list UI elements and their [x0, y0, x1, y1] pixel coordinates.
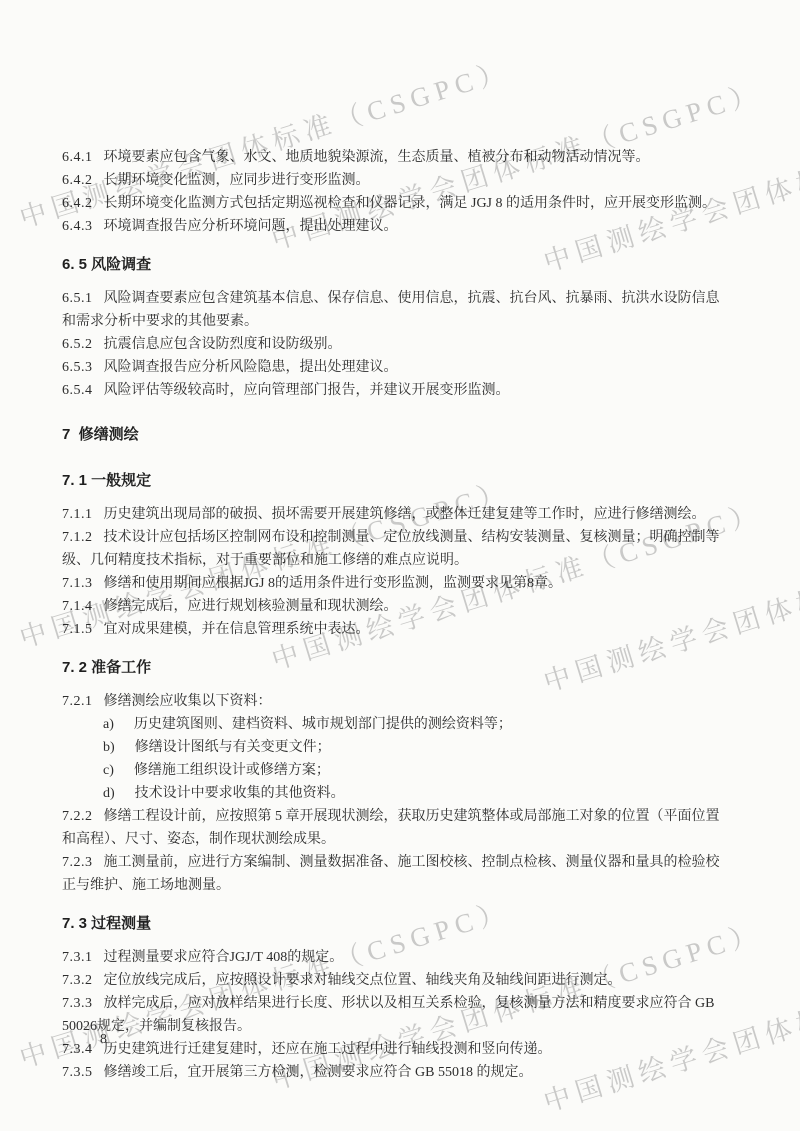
clause-number: 7.3.4 — [62, 1042, 93, 1057]
list-item-a: a)历史建筑图则、建档资料、城市规划部门提供的测绘资料等； — [62, 713, 722, 736]
list-item-c: c)修缮施工组织设计或修缮方案； — [62, 759, 722, 782]
clause-number: 7.3.2 — [62, 973, 93, 988]
clause-text: 修缮施工组织设计或修缮方案； — [134, 763, 330, 778]
clause-number: 6.5.1 — [62, 291, 93, 306]
clause-text: 环境要素应包含气象、水文、地质地貌染源流，生态质量、植被分布和动物活动情况等。 — [104, 150, 650, 165]
document-page: 中国测绘学会团体标准（CSGPC）中国测绘学会团体标准（CSGPC）中国测绘学会… — [0, 0, 800, 1131]
clause-text: 修缮测绘应收集以下资料： — [104, 694, 272, 709]
clause-number: 6.4.3 — [62, 219, 93, 234]
clause-7.1.1: 7.1.1历史建筑出现局部的破损、损坏需要开展建筑修缮，或整体迁建复建等工作时，… — [62, 503, 722, 526]
clause-number: 6.5.4 — [62, 383, 93, 398]
clause-number: 7.2.2 — [62, 809, 93, 824]
clause-7.3.3: 7.3.3放样完成后，应对放样结果进行长度、形状以及相互关系检验，复核测量方法和… — [62, 992, 722, 1038]
clause-7.1.2: 7.1.2技术设计应包括场区控制网布设和控制测量、定位放线测量、结构安装测量、复… — [62, 526, 722, 572]
clause-number: 7.3.1 — [62, 950, 93, 965]
clause-text: 修缮和使用期间应根据JGJ 8的适用条件进行变形监测，监测要求见第8章。 — [104, 576, 563, 591]
clause-number: a) — [103, 717, 114, 732]
document-body: 6.4.1环境要素应包含气象、水文、地质地貌染源流，生态质量、植被分布和动物活动… — [62, 146, 722, 1084]
page-number: 8 — [100, 1032, 107, 1047]
clause-text: 环境调查报告应分析环境问题，提出处理建议。 — [104, 219, 398, 234]
page-footer: 8 — [100, 1032, 107, 1048]
clause-number: 7.1.3 — [62, 576, 93, 591]
clause-6.4.1: 6.4.1环境要素应包含气象、水文、地质地貌染源流，生态质量、植被分布和动物活动… — [62, 146, 722, 169]
clause-number: 7.1.2 — [62, 530, 93, 545]
clause-text: 修缮完成后，应进行规划核验测量和现状测绘。 — [104, 599, 398, 614]
clause-number: 6.5.2 — [62, 337, 93, 352]
section-heading: 7. 2 准备工作 — [62, 656, 722, 679]
clause-text: 长期环境变化监测方式包括定期巡视检查和仪器记录，满足 JGJ 8 的适用条件时，… — [104, 196, 717, 211]
clause-number: d) — [103, 786, 115, 801]
clause-text: 技术设计中要求收集的其他资料。 — [135, 786, 345, 801]
clause-7.3.5: 7.3.5修缮竣工后，宜开展第三方检测，检测要求应符合 GB 55018 的规定… — [62, 1061, 722, 1084]
clause-text: 修缮工程设计前，应按照第 5 章开展现状测绘，获取历史建筑整体或局部施工对象的位… — [62, 809, 720, 847]
clause-7.2.1: 7.2.1修缮测绘应收集以下资料： — [62, 690, 722, 713]
chapter-heading: 7 修缮测绘 — [62, 423, 722, 446]
clause-number: 7.3.5 — [62, 1065, 93, 1080]
clause-text: 技术设计应包括场区控制网布设和控制测量、定位放线测量、结构安装测量、复核测量；明… — [62, 530, 720, 568]
clause-7.2.3: 7.2.3施工测量前，应进行方案编制、测量数据准备、施工图校核、控制点检核、测量… — [62, 851, 722, 897]
clause-text: 修缮设计图纸与有关变更文件； — [135, 740, 331, 755]
clause-7.2.2: 7.2.2修缮工程设计前，应按照第 5 章开展现状测绘，获取历史建筑整体或局部施… — [62, 805, 722, 851]
clause-number: 7.1.1 — [62, 507, 93, 522]
clause-text: 历史建筑出现局部的破损、损坏需要开展建筑修缮，或整体迁建复建等工作时，应进行修缮… — [104, 507, 706, 522]
clause-text: 放样完成后，应对放样结果进行长度、形状以及相互关系检验，复核测量方法和精度要求应… — [62, 996, 714, 1034]
clause-text: 宜对成果建模，并在信息管理系统中表达。 — [104, 622, 370, 637]
clause-number: 6.4.2 — [62, 173, 93, 188]
clause-number: b) — [103, 740, 115, 755]
clause-text: 抗震信息应包含设防烈度和设防级别。 — [104, 337, 342, 352]
list-item-d: d)技术设计中要求收集的其他资料。 — [62, 782, 722, 805]
section-heading: 7. 1 一般规定 — [62, 469, 722, 492]
clause-7.1.5: 7.1.5宜对成果建模，并在信息管理系统中表达。 — [62, 618, 722, 641]
clause-number: 6.4.2 — [62, 196, 93, 211]
clause-text: 历史建筑图则、建档资料、城市规划部门提供的测绘资料等； — [134, 717, 512, 732]
clause-text: 定位放线完成后，应按照设计要求对轴线交点位置、轴线夹角及轴线间距进行测定。 — [104, 973, 622, 988]
clause-6.5.1: 6.5.1风险调查要素应包含建筑基本信息、保存信息、使用信息，抗震、抗台风、抗暴… — [62, 287, 722, 333]
clause-text: 风险调查报告应分析风险隐患，提出处理建议。 — [104, 360, 398, 375]
clause-number: 6.4.1 — [62, 150, 93, 165]
clause-6.5.4: 6.5.4风险评估等级较高时，应向管理部门报告，并建议开展变形监测。 — [62, 379, 722, 402]
clause-text: 过程测量要求应符合JGJ/T 408的规定。 — [104, 950, 344, 965]
clause-7.3.1: 7.3.1过程测量要求应符合JGJ/T 408的规定。 — [62, 946, 722, 969]
clause-7.1.4: 7.1.4修缮完成后，应进行规划核验测量和现状测绘。 — [62, 595, 722, 618]
section-heading: 7. 3 过程测量 — [62, 912, 722, 935]
clause-number: 7.1.4 — [62, 599, 93, 614]
clause-7.3.2: 7.3.2定位放线完成后，应按照设计要求对轴线交点位置、轴线夹角及轴线间距进行测… — [62, 969, 722, 992]
clause-number: 7.1.5 — [62, 622, 93, 637]
clause-number: c) — [103, 763, 114, 778]
clause-6.4.2: 6.4.2长期环境变化监测方式包括定期巡视检查和仪器记录，满足 JGJ 8 的适… — [62, 192, 722, 215]
clause-number: 7.3.3 — [62, 996, 93, 1011]
clause-number: 6.5.3 — [62, 360, 93, 375]
clause-text: 修缮竣工后，宜开展第三方检测，检测要求应符合 GB 55018 的规定。 — [104, 1065, 533, 1080]
list-item-b: b)修缮设计图纸与有关变更文件； — [62, 736, 722, 759]
clause-6.5.3: 6.5.3风险调查报告应分析风险隐患，提出处理建议。 — [62, 356, 722, 379]
clause-6.4.3: 6.4.3环境调查报告应分析环境问题，提出处理建议。 — [62, 215, 722, 238]
clause-6.4.2: 6.4.2长期环境变化监测，应同步进行变形监测。 — [62, 169, 722, 192]
clause-number: 7.2.1 — [62, 694, 93, 709]
clause-text: 风险调查要素应包含建筑基本信息、保存信息、使用信息，抗震、抗台风、抗暴雨、抗洪水… — [62, 291, 720, 329]
clause-6.5.2: 6.5.2抗震信息应包含设防烈度和设防级别。 — [62, 333, 722, 356]
clause-text: 历史建筑进行迁建复建时，还应在施工过程中进行轴线投测和竖向传递。 — [104, 1042, 552, 1057]
clause-7.1.3: 7.1.3修缮和使用期间应根据JGJ 8的适用条件进行变形监测，监测要求见第8章… — [62, 572, 722, 595]
clause-text: 长期环境变化监测，应同步进行变形监测。 — [104, 173, 370, 188]
clause-number: 7.2.3 — [62, 855, 93, 870]
clause-text: 施工测量前，应进行方案编制、测量数据准备、施工图校核、控制点检核、测量仪器和量具… — [62, 855, 720, 893]
clause-text: 风险评估等级较高时，应向管理部门报告，并建议开展变形监测。 — [104, 383, 510, 398]
section-heading: 6. 5 风险调查 — [62, 253, 722, 276]
clause-7.3.4: 7.3.4历史建筑进行迁建复建时，还应在施工过程中进行轴线投测和竖向传递。 — [62, 1038, 722, 1061]
